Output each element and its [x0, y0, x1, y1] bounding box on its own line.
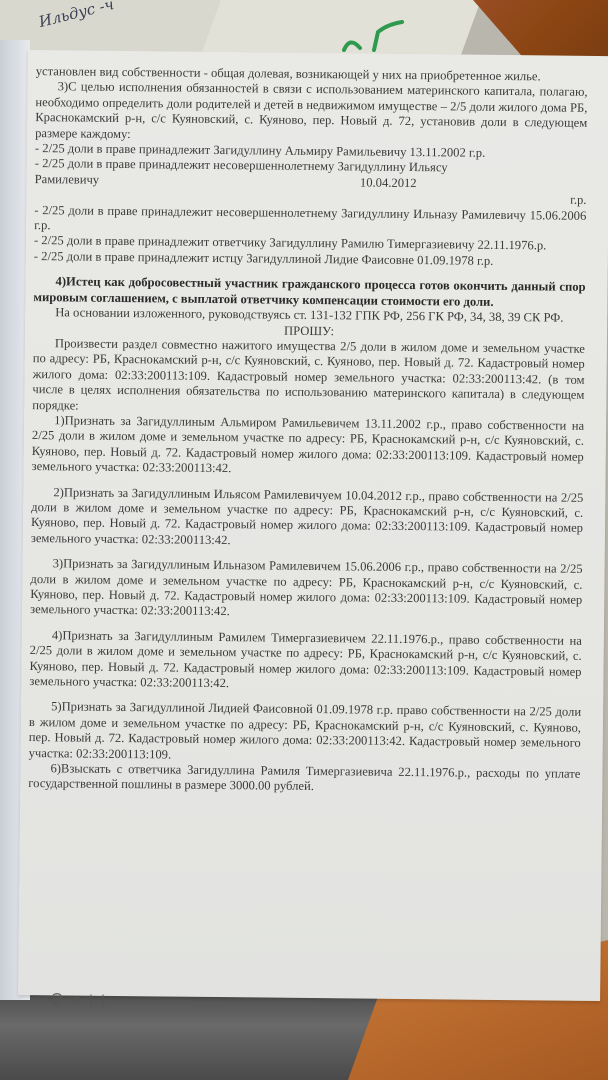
binder-mark: 40 — [51, 992, 65, 1007]
document-body: установлен вид собственности - общая дол… — [28, 64, 588, 798]
point-3-text: 3)С целью исполнения обязанностей в связ… — [35, 80, 588, 141]
binder-mark: | — [89, 993, 93, 1007]
share-2-name-tail: Рамилевичу — [35, 172, 100, 188]
document-page: установлен вид собственности - общая дол… — [18, 50, 608, 1001]
request-5: 5)Признать за Загидуллиной Лидией Фаисов… — [29, 699, 582, 766]
binder-mark: | — [101, 993, 105, 1007]
share-2-date: 10.04.2012 — [360, 175, 417, 191]
request-2: 2)Признать за Загидуллиным Ильясом Рамил… — [31, 485, 584, 552]
green-marker-scribble — [340, 18, 410, 52]
binder-marks: 40 0 | | — [50, 993, 105, 1007]
request-3: 3)Признать за Загидуллиным Ильназом Рами… — [30, 556, 583, 623]
binder-mark: 0 — [70, 996, 84, 1004]
request-6: 6)Взыскать с ответчика Загидуллина Рамил… — [28, 761, 580, 798]
request-4: 4)Признать за Загидуллиным Рамилем Тимер… — [29, 628, 582, 695]
request-1: 1)Признать за Загидуллиным Альмиром Рами… — [32, 413, 585, 480]
point-3: 3)С целью исполнения обязанностей в связ… — [35, 79, 588, 146]
request-intro: Произвести раздел совместно нажитого иму… — [32, 336, 585, 419]
